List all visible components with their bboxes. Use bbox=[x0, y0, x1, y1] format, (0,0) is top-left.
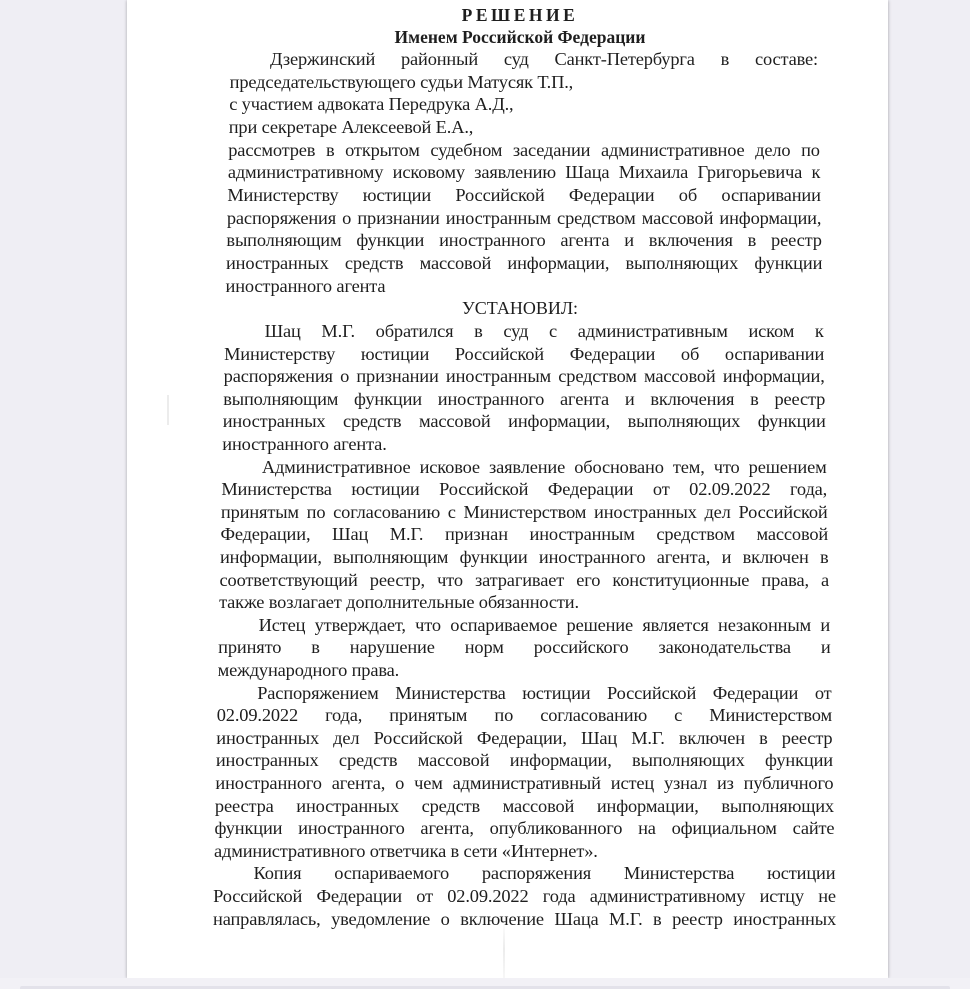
paragraph-line: выполняющим функции иностранного агента … bbox=[223, 388, 825, 410]
paragraph-line: принято в нарушение норм российского зак… bbox=[218, 636, 830, 658]
paragraph-line: Истец утверждает, что оспариваемое решен… bbox=[259, 614, 830, 636]
paragraph-line: иностранного агента, о чем административ… bbox=[215, 772, 833, 794]
intro-line: Дзержинский районный суд Санкт-Петербург… bbox=[270, 48, 818, 70]
paragraph-line: также возлагает дополнительные обязаннос… bbox=[219, 591, 830, 613]
paragraph-line: иностранных средств массовой информации,… bbox=[216, 749, 833, 771]
paragraph-line: информации, выполняющим функции иностран… bbox=[220, 546, 829, 568]
paragraph-line: Копия оспариваемого распоряжения Министе… bbox=[254, 862, 836, 884]
paragraph-line: административного ответчика в сети «Инте… bbox=[214, 840, 835, 862]
paragraph-line: Российской Федерации от 02.09.2022 года … bbox=[213, 885, 836, 907]
viewer-bottom-edge bbox=[0, 978, 970, 989]
paragraph-line: Распоряжением Министерства юстиции Росси… bbox=[257, 682, 831, 704]
document-subtitle: Именем Российской Федерации bbox=[360, 26, 680, 48]
intro-line: административному исковому заявлению Шац… bbox=[228, 161, 820, 183]
document-page: РЕШЕНИЕИменем Российской ФедерацииДзержи… bbox=[127, 0, 888, 978]
intro-line: выполняющим функции иностранного агента … bbox=[226, 229, 821, 251]
intro-line: рассмотрев в открытом судебном заседании… bbox=[228, 139, 820, 161]
intro-line: с участием адвоката Передрука А.Д., bbox=[229, 93, 819, 115]
paragraph-line: иностранных дел Российской Федерации, Ша… bbox=[216, 727, 832, 749]
paragraph-line: принятым по согласованию с Министерством… bbox=[221, 501, 828, 523]
paragraph-line: функции иностранного агента, опубликован… bbox=[214, 817, 834, 839]
paragraph-line: Шац М.Г. обратился в суд с административ… bbox=[265, 320, 824, 342]
document-title: РЕШЕНИЕ bbox=[400, 4, 640, 26]
paragraph-line: реестра иностранных средств массовой инф… bbox=[215, 795, 834, 817]
margin-mark bbox=[167, 395, 169, 425]
intro-line: иностранных средств массовой информации,… bbox=[226, 252, 822, 274]
intro-line: председательствующего судьи Матусяк Т.П.… bbox=[230, 71, 819, 93]
paragraph-line: направлялась, уведомление о включение Ша… bbox=[213, 908, 836, 930]
intro-line: Министерству юстиции Российской Федераци… bbox=[227, 184, 820, 206]
intro-line: иностранного агента bbox=[226, 275, 823, 297]
paragraph-line: Министерству юстиции Российской Федераци… bbox=[224, 343, 824, 365]
intro-line: при секретаре Алексеевой Е.А., bbox=[229, 116, 820, 138]
paragraph-line: Административное исковое заявление обосн… bbox=[262, 456, 827, 478]
paragraph-line: международного права. bbox=[218, 659, 831, 681]
paragraph-line: распоряжения о признании иностранным сре… bbox=[224, 365, 825, 387]
paragraph-line: иностранного агента. bbox=[222, 433, 826, 455]
section-heading: УСТАНОВИЛ: bbox=[420, 297, 620, 319]
paragraph-line: соответствующий реестр, что затрагивает … bbox=[220, 569, 830, 591]
paragraph-line: Федерации, Шац М.Г. признан иностранным … bbox=[220, 523, 828, 545]
paragraph-line: иностранных средств массовой информации,… bbox=[223, 410, 826, 432]
paragraph-line: Министерства юстиции Российской Федераци… bbox=[221, 478, 827, 500]
paragraph-line: 02.09.2022 года, принятым по согласовани… bbox=[217, 704, 832, 726]
intro-line: распоряжения о признании иностранным сре… bbox=[227, 207, 821, 229]
